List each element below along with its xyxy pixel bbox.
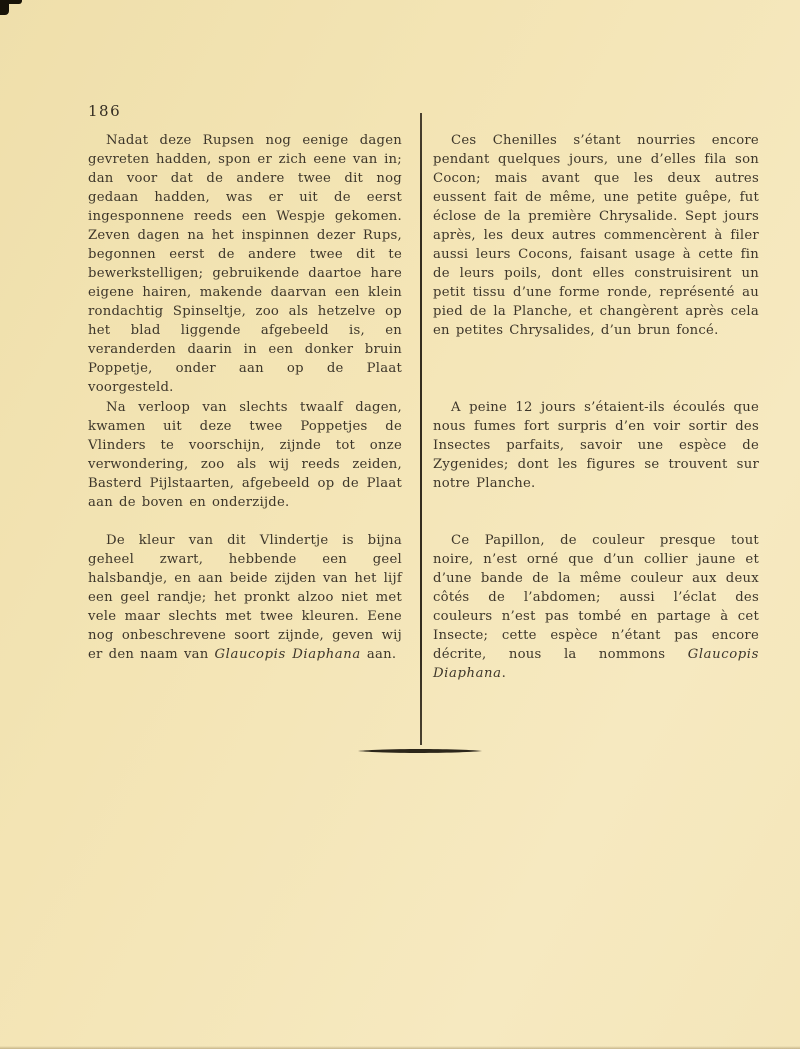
french-paragraph-3-tail: . xyxy=(502,666,506,681)
dutch-column: Nadat deze Rupsen nog eenige dagen gevre… xyxy=(88,0,402,1049)
dutch-paragraph-3: De kleur van dit Vlindertje is bijna geh… xyxy=(88,531,402,664)
book-page: 186 Nadat deze Rupsen nog eenige dagen g… xyxy=(0,0,800,1049)
french-paragraph-3-text: Ce Papillon, de couleur presque tout noi… xyxy=(433,533,759,662)
french-column: Ces Chenilles s’étant nourries encore pe… xyxy=(433,0,759,1049)
dutch-paragraph-2: Na verloop van slechts twaalf dagen, kwa… xyxy=(88,398,402,512)
column-divider-rule xyxy=(420,113,422,745)
french-paragraph-1: Ces Chenilles s’étant nourries encore pe… xyxy=(433,131,759,340)
species-name-italic: Glaucopis Diaphana xyxy=(215,647,361,662)
ink-corner-mark xyxy=(0,0,9,15)
dutch-paragraph-3-tail: aan. xyxy=(361,647,396,662)
dutch-paragraph-1: Nadat deze Rupsen nog eenige dagen gevre… xyxy=(88,131,402,397)
french-paragraph-3: Ce Papillon, de couleur presque tout noi… xyxy=(433,531,759,683)
dutch-paragraph-3-text: De kleur van dit Vlindertje is bijna geh… xyxy=(88,533,402,662)
french-paragraph-2: A peine 12 jours s’étaient-ils écoulés q… xyxy=(433,398,759,493)
